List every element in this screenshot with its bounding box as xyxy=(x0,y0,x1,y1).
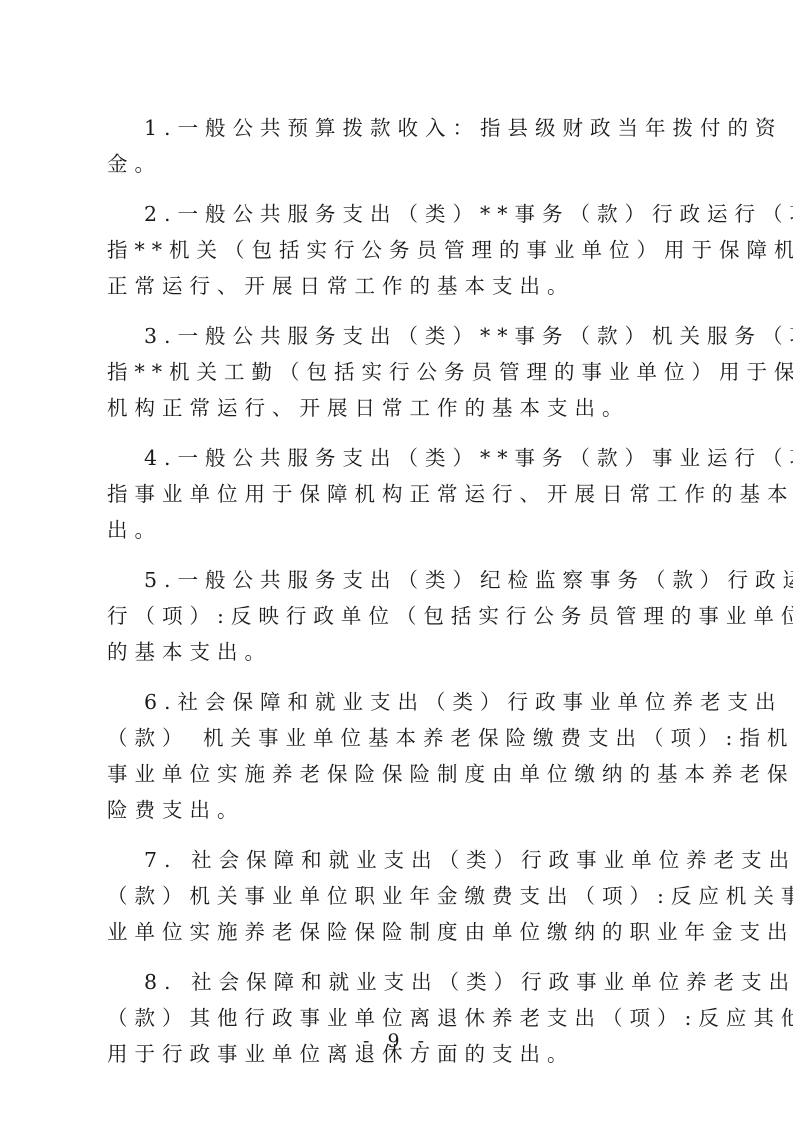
text-line: 指事业单位用于保障机构正常运行、开展日常工作的基本支 xyxy=(107,476,667,512)
paragraph-3: 3.一般公共服务支出（类）**事务（款）机关服务（项）： 指**机关工勤（包括实… xyxy=(107,318,667,426)
text-line: 2.一般公共服务支出（类）**事务（款）行政运行（项）： xyxy=(107,196,667,232)
text-line: 1.一般公共预算拨款收入：指县级财政当年拨付的资 xyxy=(107,110,667,146)
text-line: 事业单位实施养老保险保险制度由单位缴纳的基本养老保 xyxy=(107,756,667,792)
text-line: 正常运行、开展日常工作的基本支出。 xyxy=(107,268,667,304)
text-line: （款）机关事业单位职业年金缴费支出（项）:反应机关事 xyxy=(107,878,667,914)
text-line: 机构正常运行、开展日常工作的基本支出。 xyxy=(107,390,667,426)
text-line: 金。 xyxy=(107,146,667,182)
text-line: 出。 xyxy=(107,512,667,548)
paragraph-2: 2.一般公共服务支出（类）**事务（款）行政运行（项）： 指**机关（包括实行公… xyxy=(107,196,667,304)
text-line: 险费支出。 xyxy=(107,792,667,828)
text-line: 3.一般公共服务支出（类）**事务（款）机关服务（项）： xyxy=(107,318,667,354)
paragraph-7: 7. 社会保障和就业支出（类）行政事业单位养老支出 （款）机关事业单位职业年金缴… xyxy=(107,842,667,950)
paragraph-4: 4.一般公共服务支出（类）**事务（款）事业运行（项）： 指事业单位用于保障机构… xyxy=(107,440,667,548)
text-line: 7. 社会保障和就业支出（类）行政事业单位养老支出 xyxy=(107,842,667,878)
text-line: （款） 机关事业单位基本养老保险缴费支出（项）:指机关 xyxy=(107,720,667,756)
document-page: 1.一般公共预算拨款收入：指县级财政当年拨付的资 金。 2.一般公共服务支出（类… xyxy=(0,0,793,1122)
paragraph-5: 5.一般公共服务支出（类）纪检监察事务（款）行政运 行（项）:反映行政单位（包括… xyxy=(107,562,667,670)
paragraph-1: 1.一般公共预算拨款收入：指县级财政当年拨付的资 金。 xyxy=(107,110,667,182)
text-line: 指**机关（包括实行公务员管理的事业单位）用于保障机构 xyxy=(107,232,667,268)
text-line: 8. 社会保障和就业支出（类）行政事业单位养老支出 xyxy=(107,964,667,1000)
paragraph-8: 8. 社会保障和就业支出（类）行政事业单位养老支出 （款）其他行政事业单位离退休… xyxy=(107,964,667,1072)
text-line: 6.社会保障和就业支出（类）行政事业单位养老支出 xyxy=(107,684,667,720)
paragraph-6: 6.社会保障和就业支出（类）行政事业单位养老支出 （款） 机关事业单位基本养老保… xyxy=(107,684,667,828)
text-line: 5.一般公共服务支出（类）纪检监察事务（款）行政运 xyxy=(107,562,667,598)
text-line: 业单位实施养老保险保险制度由单位缴纳的职业年金支出。 xyxy=(107,914,667,950)
page-number: - 9 - xyxy=(0,1030,793,1052)
text-line: 4.一般公共服务支出（类）**事务（款）事业运行（项）： xyxy=(107,440,667,476)
text-line: 指**机关工勤（包括实行公务员管理的事业单位）用于保障 xyxy=(107,354,667,390)
text-line: 的基本支出。 xyxy=(107,634,667,670)
text-line: 行（项）:反映行政单位（包括实行公务员管理的事业单位） xyxy=(107,598,667,634)
document-body: 1.一般公共预算拨款收入：指县级财政当年拨付的资 金。 2.一般公共服务支出（类… xyxy=(107,110,667,1086)
